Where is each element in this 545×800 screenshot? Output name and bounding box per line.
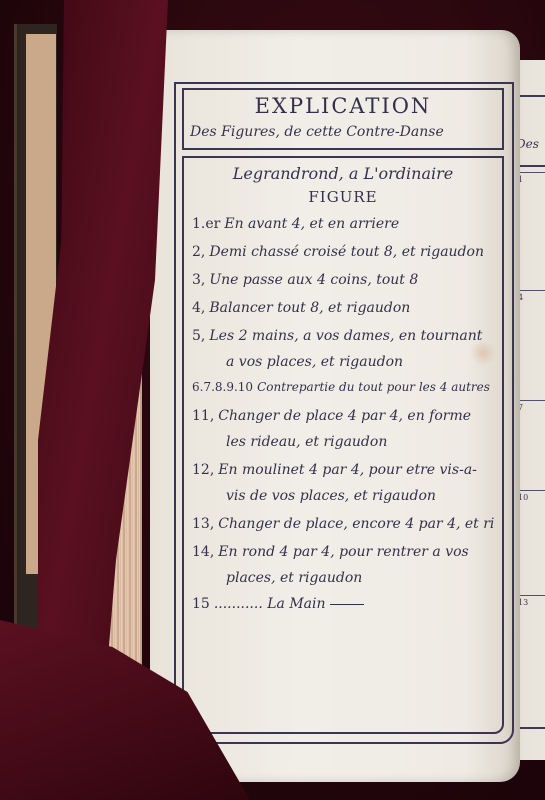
- figure-line: 1.erEn avant 4, et en arriere: [192, 216, 399, 232]
- figure-line-continuation: places, et rigaudon: [226, 570, 362, 586]
- facing-page-cell: 13: [516, 595, 545, 725]
- page-title: EXPLICATION: [184, 94, 502, 118]
- flourish-line: [330, 603, 364, 605]
- figure-line: 3,Une passe aux 4 coins, tout 8: [192, 272, 418, 288]
- figure-line: 15........... La Main: [192, 596, 364, 612]
- figure-line: 14,En rond 4 par 4, pour rentrer a vos: [192, 544, 469, 560]
- figure-line-continuation: les rideau, et rigaudon: [226, 434, 387, 450]
- figure-line: 12,En moulinet 4 par 4, pour etre vis-a-: [192, 462, 477, 478]
- figure-line: 13,Changer de place, encore 4 par 4, et …: [192, 516, 494, 532]
- figure-line-continuation: vis de vos places, et rigaudon: [226, 488, 436, 504]
- figure-line-continuation: a vos places, et rigaudon: [226, 354, 403, 370]
- figure-line: 4,Balancer tout 8, et rigaudon: [192, 300, 410, 316]
- figures-box: Legrandrond, a L'ordinaire FIGURE 1.erEn…: [182, 156, 504, 734]
- facing-page-cell: 7: [516, 400, 545, 490]
- facing-page-cell: 10: [516, 490, 545, 595]
- facing-page-cell: 1: [516, 172, 545, 290]
- figure-line: 5,Les 2 mains, a vos dames, en tournant: [192, 328, 482, 344]
- dance-name: Legrandrond, a L'ordinaire: [184, 164, 502, 183]
- title-box: EXPLICATION Des Figures, de cette Contre…: [182, 88, 504, 150]
- figure-line: 11,Changer de place 4 par 4, en forme: [192, 408, 471, 424]
- figure-heading: FIGURE: [184, 188, 502, 206]
- facing-page-cell: 4: [516, 290, 545, 400]
- page-subtitle: Des Figures, de cette Contre-Danse: [190, 124, 444, 140]
- figure-line: 2,Demi chassé croisé tout 8, et rigaudon: [192, 244, 484, 260]
- paper-stain: [470, 340, 496, 366]
- figure-line: 6.7.8.9.10Contrepartie du tout pour les …: [192, 380, 490, 394]
